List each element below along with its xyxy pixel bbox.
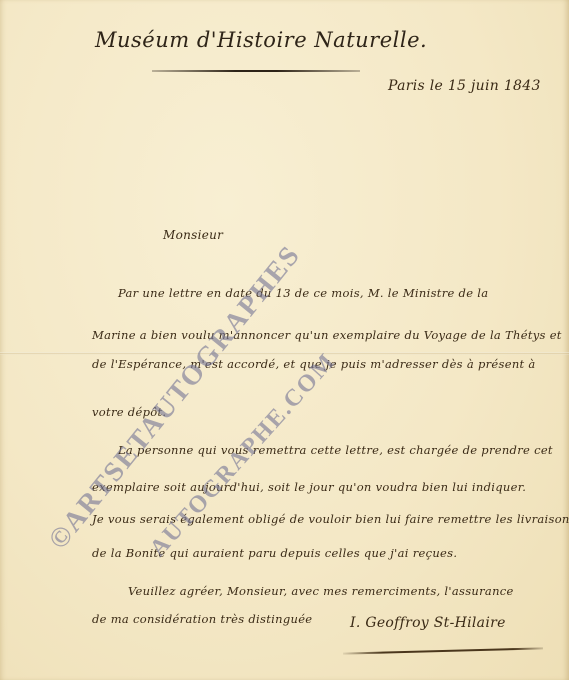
signature: I. Geoffroy St-Hilaire xyxy=(350,615,506,631)
salutation: Monsieur xyxy=(163,228,223,242)
body-line: Marine a bien voulu m'annoncer qu'un exe… xyxy=(92,328,562,342)
closing-line: Veuillez agréer, Monsieur, avec mes reme… xyxy=(128,584,514,598)
date-line: Paris le 15 juin 1843 xyxy=(388,78,541,94)
closing-line: de ma considération très distinguée xyxy=(92,612,312,626)
body-line: La personne qui vous remettra cette lett… xyxy=(118,443,553,457)
letterhead-rule xyxy=(152,70,360,72)
body-line: de la Bonite qui auraient paru depuis ce… xyxy=(92,546,457,560)
body-line: exemplaire soit aujourd'hui, soit le jou… xyxy=(92,480,526,494)
signature-flourish xyxy=(343,647,543,654)
paper-fold-line xyxy=(0,352,569,355)
letterhead-title: Muséum d'Histoire Naturelle. xyxy=(95,28,427,52)
body-line: Par une lettre en date du 13 de ce mois,… xyxy=(118,286,488,300)
letter-page: Muséum d'Histoire Naturelle. Paris le 15… xyxy=(0,0,569,680)
